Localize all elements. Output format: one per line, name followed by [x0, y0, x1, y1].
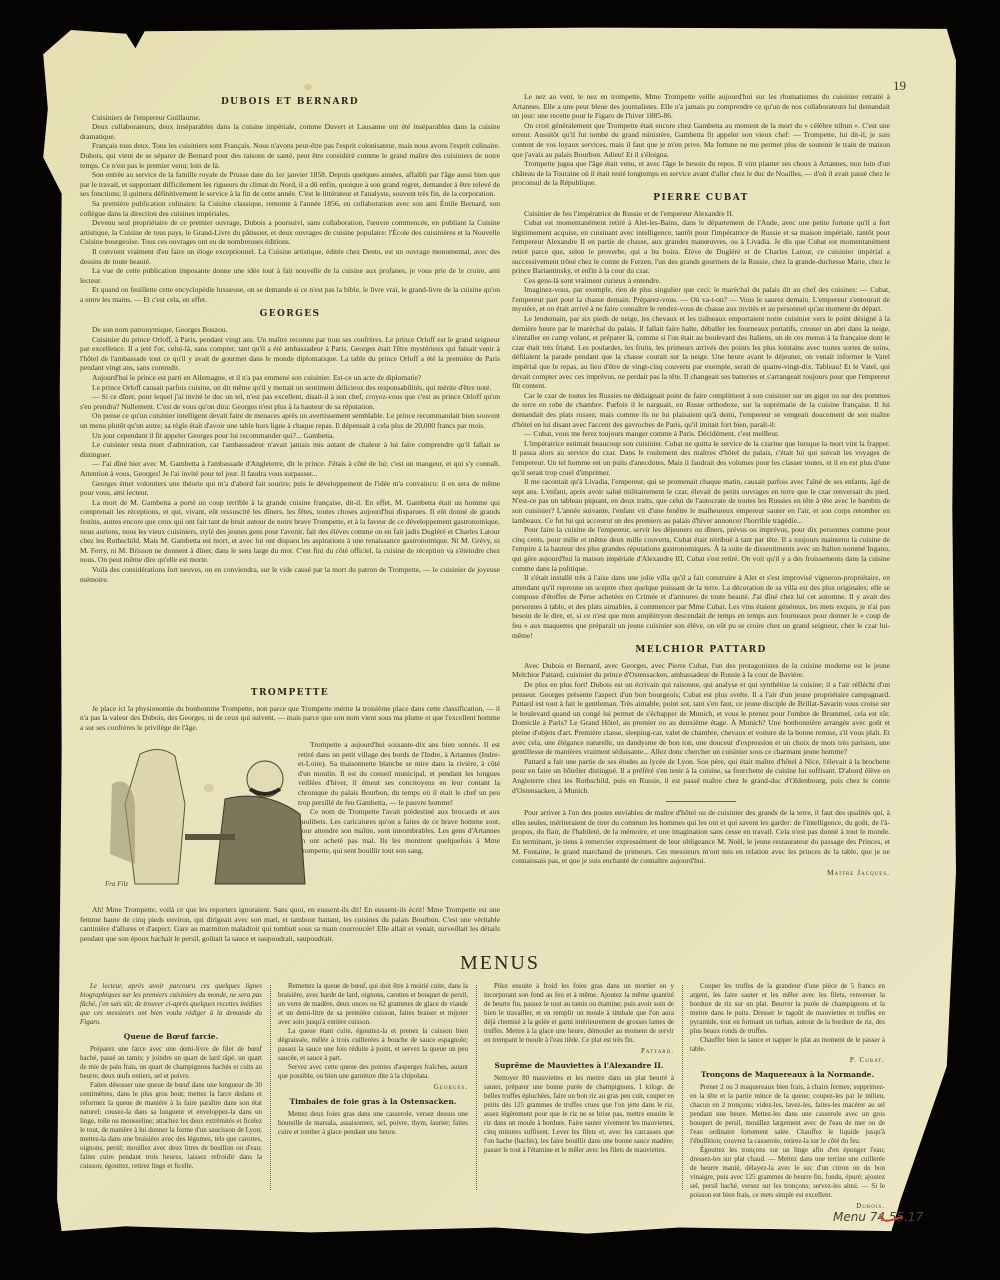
- divider: [666, 801, 736, 802]
- paragraph: Préparez une farce avec une demi-livre d…: [80, 1045, 262, 1081]
- paragraph: Le lendemain, par six pieds de neige, le…: [512, 314, 890, 391]
- paragraph: Français tous deux. Tous les cuisiniers …: [80, 141, 500, 170]
- paragraph: De plus en plus fort! Dubois est un écri…: [512, 680, 890, 757]
- paragraph: Trompette jugea que l'âge était venu, et…: [512, 159, 890, 188]
- paragraph: On croit généralement que Trompette étai…: [512, 121, 890, 159]
- paragraph: Le cuisinier resta muet d'admiration, ca…: [80, 440, 500, 459]
- right-column: Le nez au vent, le nez en trompette, Mme…: [512, 92, 890, 877]
- section-title-georges: GEORGES: [80, 310, 500, 320]
- section-title-trompette: TROMPETTE: [80, 689, 500, 699]
- menus-heading: MENUS: [0, 952, 1000, 975]
- paragraph: Remettez la queue de bœuf, qui doit être…: [278, 982, 468, 1027]
- paragraph: Faites désosser une queue de bœuf dans u…: [80, 1081, 262, 1171]
- recipe-author: Pattard.: [484, 1047, 674, 1056]
- recipe-author: P. Cubat.: [690, 1056, 885, 1065]
- paragraph: Il convient vraiment d'en faire un éloge…: [80, 247, 500, 266]
- section-title-pattard: MELCHIOR PATTARD: [512, 646, 890, 656]
- left-column: DUBOIS ET BERNARD Cuisiniers de l'empere…: [80, 92, 500, 584]
- paragraph: Ce nom de Trompette l'avait prédestiné a…: [298, 807, 500, 855]
- paragraph: Prener 2 ou 3 maquereaux bien frais, à c…: [690, 1083, 885, 1146]
- paragraph: On pense ce qu'un cuisinier intelligent …: [80, 411, 500, 430]
- paragraph: Cubat est momentanément retiré à Alet-le…: [512, 218, 890, 276]
- paragraph: Un jour cependant il fit appeler Georges…: [80, 431, 500, 441]
- paragraph: Trompette a aujourd'hui soixante-dix ans…: [298, 740, 500, 807]
- paragraph: La mort de M. Gambetta a porté un coup t…: [80, 498, 500, 565]
- paragraph: — Cubat, vous me ferez toujours manger c…: [512, 429, 890, 439]
- paragraph: Nettoyer 80 mauviettes et les mettre dan…: [484, 1074, 674, 1155]
- menu-column-2: Remettez la queue de bœuf, qui doit être…: [278, 982, 468, 1137]
- paragraph: De son nom patronymique, Georges Bouzou.: [80, 325, 500, 335]
- paragraph: Avec Dubois et Bernard, avec Georges, av…: [512, 661, 890, 680]
- menu-column-4: Couper les truffes de la grandeur d'une …: [690, 982, 885, 1211]
- paragraph: Cuisiniers de l'empereur Guillaume.: [80, 113, 500, 123]
- paragraph: — Si ce dîner, pour lequel j'ai invité l…: [80, 392, 500, 411]
- paragraph: Et quand on feuillette cette encyclopédi…: [80, 285, 500, 304]
- paragraph: Le nez au vent, le nez en trompette, Mme…: [512, 92, 890, 121]
- paragraph: Mettez deux foies gras dans une casserol…: [278, 1110, 468, 1137]
- paragraph: Chauffer bien la sauce et napper le plat…: [690, 1036, 885, 1054]
- artist-signature: Fra Filz: [104, 880, 128, 888]
- paragraph: — J'ai dîné hier avec M. Gambetta à l'am…: [80, 459, 500, 478]
- page-number: 19: [893, 78, 906, 94]
- paragraph: Il me racontait qu'à Livadia, l'empereur…: [512, 477, 890, 525]
- illustration-two-men: Fra Filz: [100, 744, 315, 892]
- paragraph: Égouttez les tronçons sur un linge afin …: [690, 1146, 885, 1200]
- paragraph: Son entrée au service de la famille roya…: [80, 170, 500, 199]
- paragraph: Il s'était installé très à l'aise dans u…: [512, 573, 890, 640]
- trompette-wrap-text: Trompette a aujourd'hui soixante-dix ans…: [298, 740, 500, 855]
- paragraph: Ces gens-là sont vraiment curieux à ente…: [512, 276, 890, 286]
- paragraph: La queue étant cuite, égouttez-la et pre…: [278, 1027, 468, 1063]
- paragraph: Je place ici la physionomie du bonhomme …: [80, 704, 500, 733]
- section-title-cubat: PIERRE CUBAT: [512, 194, 890, 204]
- paragraph: Cuisinier de feu l'impératrice de Russie…: [512, 209, 890, 219]
- column-rule: [682, 985, 683, 1190]
- menu-column-1: Le lecteur, après avoir parcouru ces que…: [80, 982, 262, 1171]
- menu-column-3: Pilez ensuite à froid les foies gras dan…: [484, 982, 674, 1155]
- paragraph: Ah! Mme Trompette, voilà ce que les repo…: [80, 905, 500, 943]
- paragraph: Le prince Orloff causait parfois cuisine…: [80, 383, 500, 393]
- recipe-author: Georges.: [278, 1083, 468, 1092]
- paragraph: L'impératrice estimait beaucoup son cuis…: [512, 439, 890, 477]
- paragraph: La vue de cette publication imposante do…: [80, 266, 500, 285]
- paragraph: Sa première publication culinaire: la Cu…: [80, 199, 500, 218]
- stain: [304, 84, 312, 90]
- paragraph: Servez avec cette queue des pointes d'as…: [278, 1063, 468, 1081]
- paragraph: Georges émet volontiers une théorie qui …: [80, 479, 500, 498]
- section-title-dubois: DUBOIS ET BERNARD: [80, 98, 500, 108]
- archive-handwritten-note: Menu 74.55.17: [833, 1210, 923, 1224]
- paragraph: Deux collaborateurs, deux inséparables d…: [80, 122, 500, 141]
- signature-maitre-jacques: Maître Jacques.: [512, 868, 890, 878]
- paragraph: Devenu seul propriétaire de ce premier o…: [80, 218, 500, 247]
- paragraph: Voilà des considérations fort neuves, on…: [80, 565, 500, 584]
- paragraph: Couper les truffes de la grandeur d'une …: [690, 982, 885, 1036]
- paragraph: Aujourd'hui le prince est parti en Allem…: [80, 373, 500, 383]
- paragraph: Pilez ensuite à froid les foies gras dan…: [484, 982, 674, 1045]
- column-rule: [476, 985, 477, 1190]
- paragraph: Imaginez-vous, par exemple, rien de plus…: [512, 285, 890, 314]
- menus-intro: Le lecteur, après avoir parcouru ces que…: [80, 982, 262, 1027]
- trompette-bottom-text: Ah! Mme Trompette, voilà ce que les repo…: [80, 905, 500, 943]
- recipe-title: Suprême de Mauviettes à l'Alexandre II.: [484, 1061, 674, 1070]
- recipe-title: Queue de Bœuf farcie.: [80, 1032, 262, 1041]
- paragraph: Cuisinier du prince Orloff, à Paris, pen…: [80, 335, 500, 373]
- recipe-title: Tronçons de Maquereaux à la Normande.: [690, 1070, 885, 1079]
- paragraph: Pour faire la cuisine de l'empereur, ser…: [512, 525, 890, 573]
- paragraph: Pattard a fait une partie de ses études …: [512, 757, 890, 795]
- column-rule: [270, 985, 271, 1190]
- paragraph: Pour arriver à l'un des postes enviables…: [512, 808, 890, 866]
- trompette-section: TROMPETTE Je place ici la physionomie du…: [80, 683, 500, 732]
- recipe-title: Timbales de foie gras à la Ostensacken.: [278, 1097, 468, 1106]
- paragraph: Car le czar de toutes les Russies ne déd…: [512, 391, 890, 429]
